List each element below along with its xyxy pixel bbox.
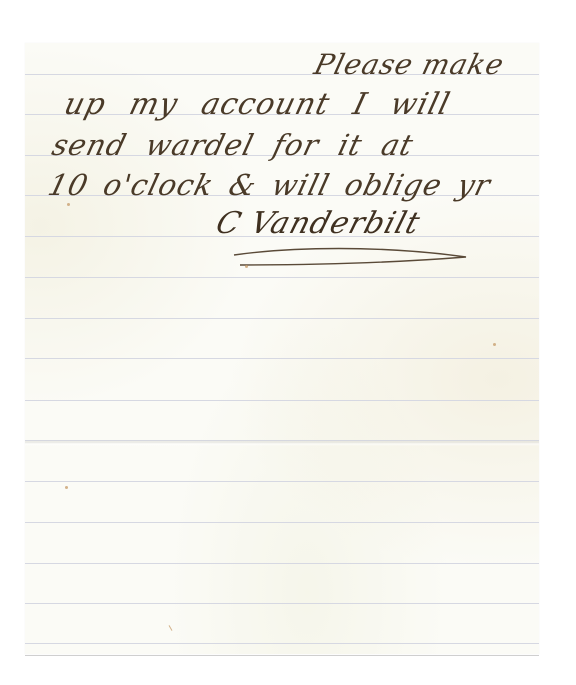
ruled-line <box>25 563 539 564</box>
torn-edge <box>25 652 539 656</box>
ruled-line <box>25 522 539 523</box>
ruled-line <box>25 358 539 359</box>
paper-speck <box>493 343 496 346</box>
signature: C Vanderbilt <box>212 206 424 241</box>
ruled-line <box>25 481 539 482</box>
handwritten-line-3: send wardel for it at <box>49 128 418 162</box>
paper-speck <box>245 265 248 268</box>
letter-paper: Please make up my account I will send wa… <box>25 43 539 654</box>
ruled-line <box>25 603 539 604</box>
ruled-line <box>25 643 539 644</box>
ruled-line <box>25 277 539 278</box>
paper-speck <box>65 486 68 489</box>
ruled-line <box>25 400 539 401</box>
handwritten-line-4: 10 o'clock & will oblige yr <box>45 168 495 202</box>
ruled-line <box>25 318 539 319</box>
handwritten-line-1: Please make <box>311 48 508 81</box>
handwritten-line-2: up my account I will <box>61 87 454 122</box>
signature-flourish <box>230 243 470 267</box>
paper-fold <box>25 440 539 446</box>
paper-speck <box>67 203 70 206</box>
paper-speck <box>169 625 173 631</box>
